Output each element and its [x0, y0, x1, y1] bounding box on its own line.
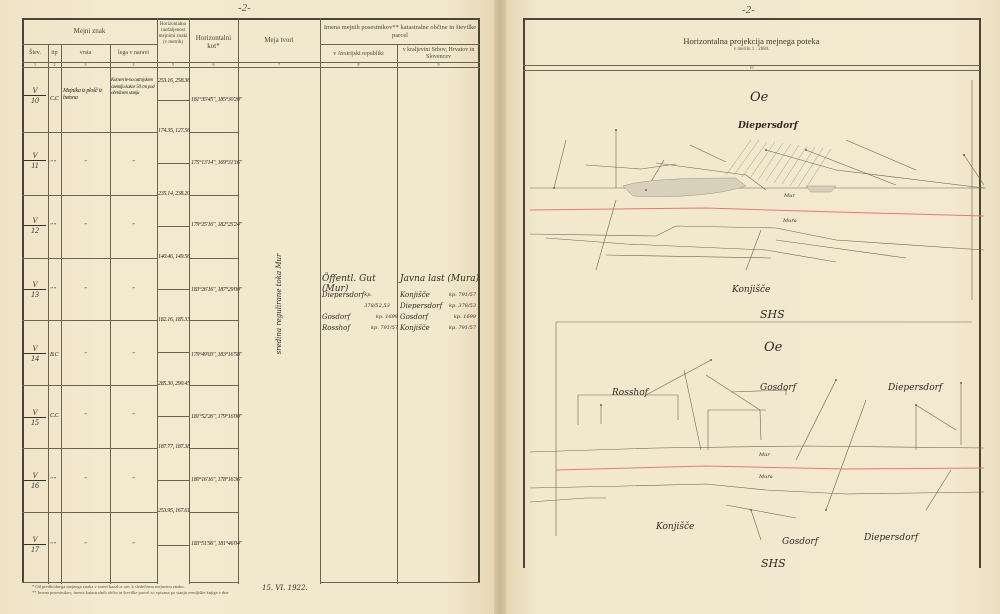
mark-kind: ": [84, 287, 86, 293]
owner-place: Diepersdorf: [322, 290, 364, 312]
angle-value: 183°51'56", 181°46'04": [191, 541, 242, 547]
mark-type: " ": [50, 542, 56, 548]
col-num-7: 7: [238, 62, 320, 67]
mark-kind: ": [84, 352, 86, 358]
angle-value: 183°26'16", 187°29'00": [191, 287, 242, 293]
map-place-label: Gosdorf: [782, 537, 818, 547]
col-header-austria: v Avstrijski republiki: [320, 51, 397, 58]
header-mejni-znak: Mejni znak: [22, 28, 157, 35]
list-item: Konjiščekp. 791/57: [400, 323, 476, 334]
list-item: Gosdorfkp. 1699: [322, 312, 398, 323]
mark-location: Kamen le-na ostrojskem ozemlju kakor 50 …: [111, 78, 157, 98]
left-page: -2- Mejni znak Štev. tip vrsta lega v na…: [0, 0, 494, 614]
right-page: -2- Horizontalna projekcija mejnega pote…: [506, 0, 1000, 614]
angle-value: 181°35'45", 185°30'20": [191, 97, 242, 103]
owner-place: Rosshof: [322, 323, 350, 334]
distance-value: 253.95, 167.61: [158, 508, 190, 514]
col-header-shs: v kraljevini Srbov, Hrvatov in Slovencev: [397, 47, 480, 61]
distance-value: 187.77, 187.38: [158, 444, 190, 450]
mark-type: C.C: [50, 413, 59, 419]
distance-value: 253.16, 258.36: [158, 78, 190, 84]
mark-kind: ": [84, 223, 86, 229]
col-num-5: 5: [157, 62, 189, 67]
col-header-angle: Horizontalni kot*: [189, 34, 238, 50]
mark-number: V: [24, 151, 46, 161]
mark-subnumber: 12: [31, 226, 39, 235]
owner-parcel: kp. 791/57: [449, 323, 476, 334]
mark-subnumber: 11: [31, 161, 38, 170]
owner-parcel: kp. 1699: [376, 312, 398, 323]
col-header-lega: lega v naravi: [110, 50, 157, 57]
owner-place: Diepersdorf: [400, 301, 442, 312]
state-border-line: [556, 466, 984, 470]
mark-number: V: [24, 535, 46, 545]
list-item: Diepersdorfkp. 378/53: [400, 301, 476, 312]
mark-number: V: [24, 86, 46, 96]
map-place-label: Rosshof: [612, 388, 648, 398]
mark-number: V: [24, 344, 46, 354]
map-place-label: Diepersdorf: [888, 383, 942, 393]
mark-kind: Mejnika iz plošč iz betona: [63, 88, 109, 102]
mark-kind: ": [84, 413, 86, 419]
distance-value: 285.30, 290.45: [158, 381, 190, 387]
col-header-stev: Štev.: [22, 50, 48, 57]
owner-parcel: kp. 378/53: [449, 301, 476, 312]
owner-place: Konjišče: [400, 290, 430, 301]
mark-kind: ": [84, 160, 86, 166]
river-label: Mur: [784, 193, 795, 199]
mark-subnumber: 10: [31, 96, 39, 105]
mark-location: ": [132, 223, 134, 229]
col-num-9: 9: [397, 62, 480, 67]
mark-location: ": [132, 287, 134, 293]
col-num-2: 2: [48, 62, 61, 67]
page-number: -2-: [238, 2, 251, 14]
footnote-2: ** Imena posestnikov, imena katastralnih…: [32, 590, 229, 596]
mark-location: ": [132, 352, 134, 358]
owner-place: Gosdorf: [400, 312, 428, 323]
map-place-label: Diepersdorf: [738, 121, 798, 131]
mark-number: V: [24, 216, 46, 226]
col-header-distance: Horizontalno razdaljenost mejnimi znaki …: [157, 22, 189, 46]
owners-austria-list: Diepersdorfkp. 378/52,53 Gosdorfkp. 1699…: [322, 290, 398, 334]
col-num-8: 8: [320, 62, 397, 67]
col-num-4: 4: [110, 62, 157, 67]
list-item: Diepersdorfkp. 378/52,53: [322, 290, 398, 312]
angle-value: 175°13'14", 169°31'16": [191, 160, 242, 166]
mark-kind: ": [84, 542, 86, 548]
boundary-description: sredina regulirane toka Mur: [275, 249, 283, 359]
owners-shs-title: Javna last (Mura): [400, 274, 480, 284]
list-item: Konjiščekp. 791/57: [400, 290, 476, 301]
mark-type: " ": [50, 160, 56, 166]
mark-type: B.C: [50, 352, 58, 358]
river-label: Mura: [759, 474, 773, 480]
distance-value: 140.46, 149.56: [158, 254, 190, 260]
footnote-date: 15. VI. 1922.: [262, 584, 308, 592]
map-place-label: Konjišče: [656, 522, 694, 532]
distance-value: 182.16, 185.33: [158, 317, 190, 323]
owner-parcel: kp. 791/57: [449, 290, 476, 301]
list-item: Gosdorfkp. 1699: [400, 312, 476, 323]
col-header-tip: tip: [48, 50, 61, 57]
mark-number: V: [24, 280, 46, 290]
owner-place: Gosdorf: [322, 312, 350, 323]
mark-location: ": [132, 413, 134, 419]
footnotes: * Od predhodnega mejnega znaka v smeri k…: [32, 584, 229, 596]
header-owners: Imena mejnih posestnikov** katastralne o…: [322, 24, 478, 40]
col-num-6: 6: [189, 62, 238, 67]
state-border-line: [530, 208, 984, 216]
map-country-label-shs: SHS: [761, 557, 786, 570]
mark-kind: ": [84, 477, 86, 483]
mark-location: ": [132, 542, 134, 548]
mark-location: ": [132, 160, 134, 166]
owner-place: Konjišče: [400, 323, 430, 334]
map-place-label: Gosdorf: [760, 383, 796, 393]
map-place-label: Konjišče: [732, 285, 770, 295]
angle-value: 179°25'16", 182°25'24": [191, 222, 242, 228]
mark-type: " ": [50, 287, 56, 293]
angle-value: 181°52'26", 179°16'00": [191, 414, 242, 420]
mark-location: ": [132, 477, 134, 483]
distance-value: 235.14, 238.20: [158, 191, 190, 197]
mark-subnumber: 13: [31, 290, 39, 299]
col-header-vrsta: vrsta: [61, 50, 110, 57]
angle-value: 180°16'16", 178°16'36": [191, 477, 242, 483]
owner-parcel: kp. 1699: [454, 312, 476, 323]
angle-value: 179°49'03", 183°16'58": [191, 352, 242, 358]
list-item: Rosshofkp. 791/57: [322, 323, 398, 334]
map-country-label-austria: Oe: [764, 340, 782, 355]
col-num-1: 1: [22, 62, 48, 67]
map-place-label: Diepersdorf: [864, 533, 918, 543]
mark-type: " ": [50, 477, 56, 483]
map-country-label-austria: Oe: [750, 90, 768, 105]
owner-parcel: kp. 378/52,53: [364, 290, 398, 312]
col-num-3: 3: [61, 62, 110, 67]
river-label: Mur: [759, 452, 770, 458]
owners-shs-list: Konjiščekp. 791/57 Diepersdorfkp. 378/53…: [400, 290, 476, 334]
distance-value: 174.35, 127.56: [158, 128, 190, 134]
mark-subnumber: 15: [31, 418, 39, 427]
mark-subnumber: 14: [31, 354, 39, 363]
col-header-meja-tvori: Meja tvori: [238, 37, 320, 44]
mark-number: V: [24, 471, 46, 481]
owner-parcel: kp. 791/57: [371, 323, 398, 334]
map-country-label-shs: SHS: [760, 308, 785, 321]
mark-type: C.C: [50, 96, 59, 102]
mark-subnumber: 16: [31, 481, 39, 490]
mark-type: " ": [50, 223, 56, 229]
book-gutter: [494, 0, 506, 614]
mark-number: V: [24, 408, 46, 418]
river-label: Mura: [783, 218, 797, 224]
mark-subnumber: 17: [31, 545, 39, 554]
